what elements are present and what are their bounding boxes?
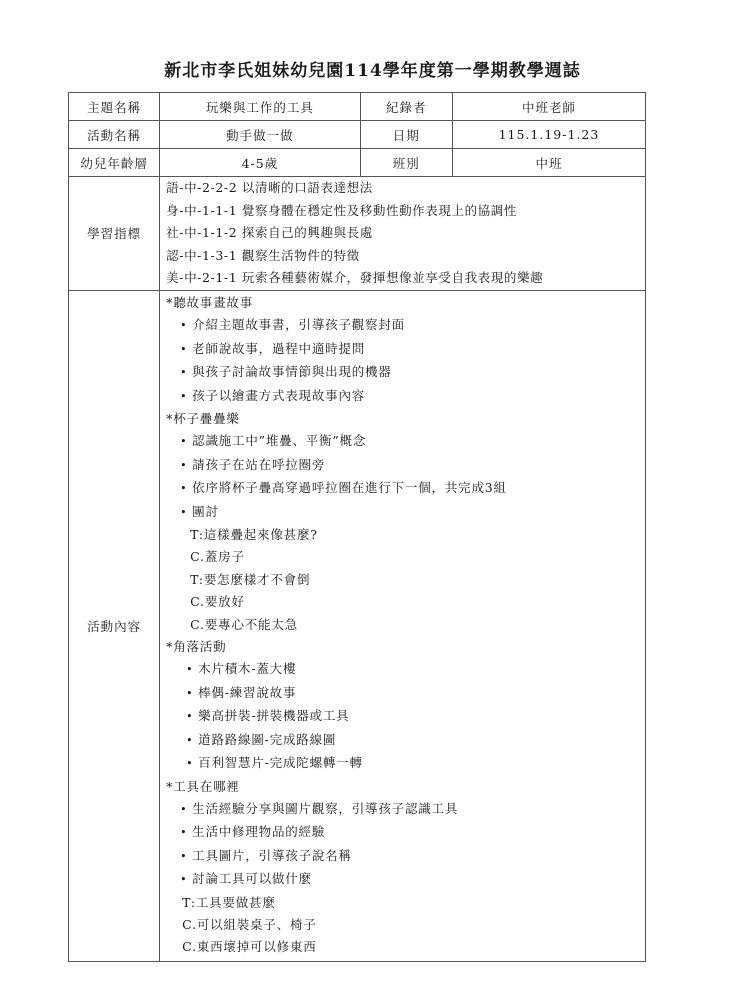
- list-item: 與孩子討論故事情節與出現的機器: [166, 361, 639, 384]
- list-item: 團討: [166, 501, 639, 524]
- dialogue-line: T:要怎麼樣才不會倒: [166, 569, 639, 591]
- date-value: 115.1.19-1.23: [452, 121, 645, 149]
- indicator-item: 社-中-1-1-2 探索自己的興趣與長處: [166, 222, 639, 245]
- list-item: 棒偶-練習說故事: [166, 682, 639, 705]
- content-label: 活動內容: [69, 290, 160, 961]
- dialogue-line: C.要專心不能太急: [166, 614, 639, 636]
- recorder-value: 中班老師: [452, 93, 645, 121]
- list-item: 討論工具可以做什麼: [166, 868, 639, 891]
- list-item: 認識施工中”堆疊、平衡”概念: [166, 430, 639, 453]
- dialogue-line: C.要放好: [166, 591, 639, 613]
- dialogue-line: T:這樣疊起來像甚麼?: [166, 524, 639, 546]
- indicator-item: 語-中-2-2-2 以清晰的口語表達想法: [166, 177, 639, 200]
- section-heading: *角落活動: [166, 636, 639, 658]
- indicators-label: 學習指標: [69, 177, 160, 291]
- dialogue-line: T:工具要做甚麼: [166, 892, 639, 914]
- recorder-label: 紀錄者: [360, 93, 452, 121]
- dialogue-line: C.蓋房子: [166, 546, 639, 568]
- content-list: *聽故事畫故事 介紹主題故事書，引導孩子觀察封面 老師說故事，過程中適時提問 與…: [160, 290, 646, 961]
- section-heading: *工具在哪裡: [166, 776, 639, 798]
- document-title: 新北市李氏姐妹幼兒園114學年度第一學期教學週誌: [0, 56, 745, 81]
- theme-value: 玩樂與工作的工具: [160, 93, 361, 121]
- class-value: 中班: [452, 149, 645, 177]
- dialogue-line: C.東西壞掉可以修東西: [166, 936, 639, 958]
- date-label: 日期: [360, 121, 452, 149]
- dialogue-line: C.可以組裝桌子、椅子: [166, 914, 639, 936]
- list-item: 老師說故事，過程中適時提問: [166, 338, 639, 361]
- list-item: 孩子以繪畫方式表現故事內容: [166, 385, 639, 408]
- indicator-item: 身-中-1-1-1 覺察身體在穩定性及移動性動作表現上的協調性: [166, 200, 639, 223]
- info-row-activity: 活動名稱 動手做一做 日期 115.1.19-1.23: [69, 121, 646, 149]
- section-heading: *聽故事畫故事: [166, 292, 639, 314]
- info-row-age: 幼兒年齡層 4-5歲 班別 中班: [69, 149, 646, 177]
- list-item: 道路路線圖-完成路線圖: [166, 729, 639, 752]
- activity-label: 活動名稱: [69, 121, 160, 149]
- list-item: 依序將杯子疊高穿過呼拉圈在進行下一個，共完成3組: [166, 477, 639, 500]
- age-value: 4-5歲: [160, 149, 361, 177]
- teaching-log-table: 主題名稱 玩樂與工作的工具 紀錄者 中班老師 活動名稱 動手做一做 日期 115…: [68, 92, 646, 962]
- activity-value: 動手做一做: [160, 121, 361, 149]
- list-item: 介紹主題故事書，引導孩子觀察封面: [166, 314, 639, 337]
- list-item: 木片積木-蓋大樓: [166, 658, 639, 681]
- list-item: 工具圖片，引導孩子說名稱: [166, 845, 639, 868]
- age-label: 幼兒年齡層: [69, 149, 160, 177]
- theme-label: 主題名稱: [69, 93, 160, 121]
- learning-indicators-row: 學習指標 語-中-2-2-2 以清晰的口語表達想法 身-中-1-1-1 覺察身體…: [69, 177, 646, 291]
- list-item: 請孩子在站在呼拉圈旁: [166, 454, 639, 477]
- class-label: 班別: [360, 149, 452, 177]
- list-item: 生活中修理物品的經驗: [166, 821, 639, 844]
- section-heading: *杯子疊疊樂: [166, 408, 639, 430]
- indicator-item: 認-中-1-3-1 觀察生活物件的特徵: [166, 245, 639, 268]
- indicator-item: 美-中-2-1-1 玩索各種藝術媒介，發揮想像並享受自我表現的樂趣: [166, 267, 639, 290]
- list-item: 百利智慧片-完成陀螺轉一轉: [166, 752, 639, 775]
- info-row-theme: 主題名稱 玩樂與工作的工具 紀錄者 中班老師: [69, 93, 646, 121]
- list-item: 生活經驗分享與圖片觀察，引導孩子認識工具: [166, 798, 639, 821]
- indicators-list: 語-中-2-2-2 以清晰的口語表達想法 身-中-1-1-1 覺察身體在穩定性及…: [160, 177, 646, 291]
- activity-content-row: 活動內容 *聽故事畫故事 介紹主題故事書，引導孩子觀察封面 老師說故事，過程中適…: [69, 290, 646, 961]
- list-item: 樂高拼裝-拼裝機器或工具: [166, 705, 639, 728]
